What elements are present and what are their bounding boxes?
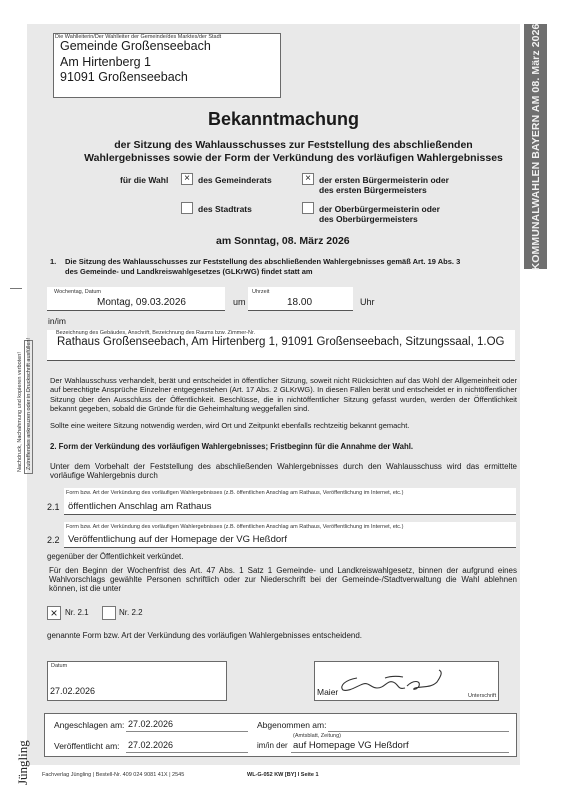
section1-text-line2: des Gemeinde- und Landkreiswahlgesetzes … bbox=[65, 267, 313, 276]
section1-number: 1. bbox=[50, 257, 56, 266]
checkbox-oberbuergermeister[interactable] bbox=[302, 202, 314, 214]
published-label: Veröffentlicht am: bbox=[54, 741, 120, 751]
published-field[interactable]: 27.02.2026 bbox=[128, 740, 173, 750]
uhr-label: Uhr bbox=[360, 297, 375, 307]
section1-paragraph-1: Der Wahlausschuss verhandelt, berät und … bbox=[50, 376, 517, 413]
choice-nr-22-label: Nr. 2.2 bbox=[119, 608, 143, 617]
removed-underline bbox=[328, 731, 509, 732]
posted-label: Angeschlagen am: bbox=[54, 720, 124, 730]
handwritten-signature bbox=[335, 666, 455, 696]
in-im-label: in/im bbox=[48, 316, 66, 326]
choice-nr-21-label: Nr. 2.1 bbox=[65, 608, 89, 617]
page-title: Bekanntmachung bbox=[0, 109, 567, 130]
published-in-label: im/in der bbox=[257, 741, 288, 750]
form21-caption: Form bzw. Art der Verkündung des vorläuf… bbox=[66, 490, 403, 496]
signer-name: Maier bbox=[317, 687, 338, 697]
section2-after: gegenüber der Öffentlichkeit verkündet. bbox=[47, 552, 183, 561]
item22-number: 2.2 bbox=[47, 535, 60, 545]
subtitle-line-1: der Sitzung des Wahlausschusses zur Fest… bbox=[10, 139, 567, 151]
item22-field[interactable]: Veröffentlichung auf der Homepage der VG… bbox=[68, 534, 287, 545]
section1-text-line1: Die Sitzung des Wahlausschusses zur Fest… bbox=[65, 257, 460, 266]
section2-closing: genannte Form bzw. Art der Verkündung de… bbox=[47, 631, 362, 640]
option-gemeinderat: des Gemeinderats bbox=[198, 175, 272, 185]
meeting-time-field[interactable]: 18.00 bbox=[287, 297, 312, 308]
time-underline bbox=[248, 310, 353, 311]
time-caption: Uhrzeit bbox=[252, 289, 269, 295]
location-field[interactable]: Rathaus Großenseebach, Am Hirtenberg 1, … bbox=[57, 336, 504, 348]
item21-field[interactable]: öffentlichen Anschlag am Rathaus bbox=[68, 501, 211, 512]
sender-line: 91091 Großenseebach bbox=[60, 70, 211, 86]
checkbox-stadtrat[interactable] bbox=[181, 202, 193, 214]
published-underline bbox=[126, 752, 248, 753]
posted-field[interactable]: 27.02.2026 bbox=[128, 719, 173, 729]
election-date: am Sonntag, 08. März 2026 bbox=[216, 235, 350, 247]
um-label: um bbox=[233, 297, 246, 307]
date-underline bbox=[47, 310, 225, 311]
published-in-field[interactable]: auf Homepage VG Heßdorf bbox=[293, 740, 409, 751]
checkbox-nr-22[interactable] bbox=[102, 606, 116, 620]
signature-date-caption: Datum bbox=[51, 663, 67, 669]
checkbox-buergermeister[interactable]: × bbox=[302, 173, 314, 185]
sender-line: Gemeinde Großenseebach bbox=[60, 39, 211, 55]
election-type-label: für die Wahl bbox=[120, 175, 168, 185]
section2-intro: Unter dem Vorbehalt der Feststellung des… bbox=[50, 462, 517, 480]
copyright-notice: Nachdruck, Nachahmung und kopieren verbo… bbox=[17, 352, 23, 472]
item21-underline bbox=[64, 514, 516, 515]
option-stadtrat: des Stadtrats bbox=[198, 204, 252, 214]
published-in-underline bbox=[291, 752, 509, 753]
sender-address: Gemeinde Großenseebach Am Hirtenberg 1 9… bbox=[60, 39, 211, 86]
footer-form-id: WL-G-052 KW [BY] I Seite 1 bbox=[247, 772, 319, 778]
subtitle-line-2: Wahlergebnisses sowie der Form der Verkü… bbox=[10, 152, 567, 164]
margin-dash bbox=[10, 288, 22, 289]
publisher-logo: Jüngling bbox=[15, 740, 31, 785]
section1-paragraph-2: Sollte eine weitere Sitzung notwendig we… bbox=[50, 421, 517, 430]
signature-date-field[interactable]: 27.02.2026 bbox=[50, 686, 95, 696]
checkbox-gemeinderat[interactable]: × bbox=[181, 173, 193, 185]
posted-underline bbox=[126, 731, 248, 732]
meeting-date-field[interactable]: Montag, 09.03.2026 bbox=[97, 297, 186, 308]
section2-deadline: Für den Beginn der Wochenfrist des Art. … bbox=[49, 566, 517, 594]
signature-caption: Unterschrift bbox=[468, 693, 496, 699]
removed-label: Abgenommen am: bbox=[257, 720, 326, 730]
sender-line: Am Hirtenberg 1 bbox=[60, 55, 211, 71]
option-oberbuergermeister-line1: der Oberbürgermeisterin oder bbox=[319, 204, 440, 214]
footer-publisher: Fachverlag Jüngling | Bestell-Nr. 409 02… bbox=[42, 772, 184, 778]
section2-heading: 2. Form der Verkündung des vorläufigen W… bbox=[50, 442, 413, 451]
published-in-caption: (Amtsblatt, Zeitung) bbox=[293, 733, 341, 739]
checkbox-nr-21[interactable]: × bbox=[47, 606, 61, 620]
option-oberbuergermeister-line2: des Oberbürgermeisters bbox=[319, 214, 418, 224]
option-buergermeister-line2: des ersten Bürgermeisters bbox=[319, 185, 427, 195]
location-underline bbox=[47, 360, 515, 361]
item21-number: 2.1 bbox=[47, 502, 60, 512]
fill-instruction: Zutreffendes ankreuzen oder in Druckschr… bbox=[26, 338, 32, 470]
date-caption: Wochentag, Datum bbox=[54, 289, 101, 295]
option-buergermeister-line1: der ersten Bürgermeisterin oder bbox=[319, 175, 449, 185]
form22-caption: Form bzw. Art der Verkündung des vorläuf… bbox=[66, 524, 403, 530]
item22-underline bbox=[64, 547, 516, 548]
